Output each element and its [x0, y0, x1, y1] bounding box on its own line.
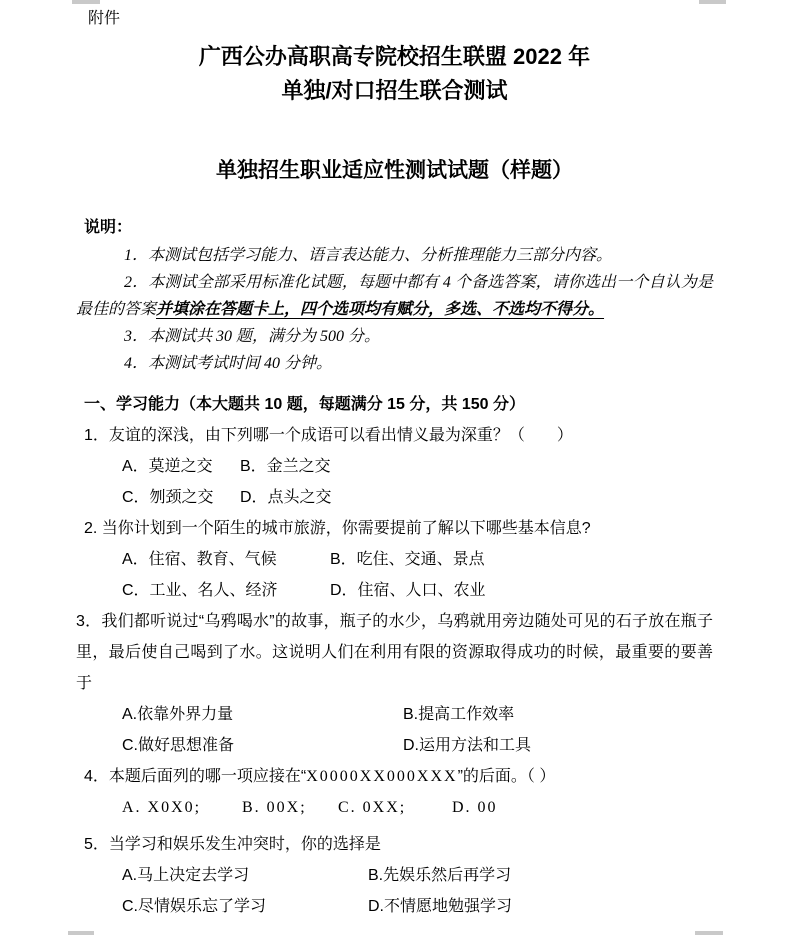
instruction-item-2: 2．本测试全部采用标准化试题，每题中都有 4 个备选答案，请你选出一个自认为是最… [76, 269, 713, 323]
title-line-2: 单独/对口招生联合测试 [76, 74, 713, 108]
document-body: 附件 广西公办高职高专院校招生联盟 2022 年 单独/对口招生联合测试 单独招… [0, 0, 791, 922]
question-3: 3．我们都听说过“乌鸦喝水”的故事，瓶子的水少，乌鸦就用旁边随处可见的石子放在瓶… [76, 606, 713, 761]
question-4-stem-suffix: ”的后面。（ ） [458, 768, 556, 785]
question-1: 1．友谊的深浅，由下列哪一个成语可以看出情义最为深重？（ ） A．莫逆之交B．金… [76, 420, 713, 513]
question-5: 5．当学习和娱乐发生冲突时，你的选择是 A.马上决定去学习B.先娱乐然后再学习 … [76, 829, 713, 922]
question-4-sequence: X0000XX000XXX [306, 768, 457, 785]
question-1-option-c: C．刎颈之交 [122, 482, 240, 513]
instruction-item-1: 1．本测试包括学习能力、语言表达能力、分析推理能力三部分内容。 [76, 242, 713, 269]
question-1-option-a: A．莫逆之交 [122, 451, 240, 482]
question-1-options-row-2: C．刎颈之交D．点头之交 [76, 482, 713, 513]
question-2-option-a: A．住宿、教育、气候 [122, 544, 330, 575]
question-4-option-c: C. 0XX; [338, 792, 452, 823]
question-5-option-a: A.马上决定去学习 [122, 860, 368, 891]
question-2-option-d: D．住宿、人口、农业 [330, 582, 486, 599]
question-2-option-c: C．工业、名人、经济 [122, 575, 330, 606]
page-edge-mark-bottom-right [695, 931, 723, 935]
question-3-option-d: D.运用方法和工具 [403, 737, 531, 754]
question-4-stem-prefix: 4．本题后面列的哪一项应接在“ [84, 768, 306, 785]
instructions-section: 说明： 1．本测试包括学习能力、语言表达能力、分析推理能力三部分内容。 2．本测… [76, 214, 713, 377]
question-5-option-b: B.先娱乐然后再学习 [368, 867, 511, 884]
question-3-option-b: B.提高工作效率 [403, 706, 514, 723]
question-4-option-a: A. X0X0; [122, 792, 242, 823]
question-5-stem: 5．当学习和娱乐发生冲突时，你的选择是 [84, 829, 713, 860]
title-line-1: 广西公办高职高专院校招生联盟 2022 年 [76, 40, 713, 74]
question-2-options-row-1: A．住宿、教育、气候B．吃住、交通、景点 [76, 544, 713, 575]
question-2-options-row-2: C．工业、名人、经济D．住宿、人口、农业 [76, 575, 713, 606]
question-3-options-row-1: A.依靠外界力量B.提高工作效率 [76, 699, 713, 730]
question-5-option-c: C.尽情娱乐忘了学习 [122, 891, 368, 922]
instruction-item-3: 3．本测试共 30 题，满分为 500 分。 [76, 323, 713, 350]
instruction-item-4: 4．本测试考试时间 40 分钟。 [76, 350, 713, 377]
section-1-learning-ability: 一、学习能力（本大题共 10 题，每题满分 15 分，共 150 分） 1．友谊… [76, 389, 713, 922]
question-4: 4．本题后面列的哪一项应接在“X0000XX000XXX”的后面。（ ） A. … [76, 761, 713, 823]
document-subtitle: 单独招生职业适应性测试试题（样题） [76, 156, 713, 186]
page-edge-mark-bottom-left [68, 931, 94, 935]
page-edge-mark-top-left [72, 0, 100, 4]
question-3-options-row-2: C.做好思想准备D.运用方法和工具 [76, 730, 713, 761]
section-1-heading: 一、学习能力（本大题共 10 题，每题满分 15 分，共 150 分） [84, 389, 713, 420]
question-2-option-b: B．吃住、交通、景点 [330, 551, 485, 568]
document-title: 广西公办高职高专院校招生联盟 2022 年 单独/对口招生联合测试 [76, 40, 713, 108]
question-3-option-a: A.依靠外界力量 [122, 699, 403, 730]
page-edge-mark-top-right [699, 0, 726, 4]
question-4-option-b: B. 00X; [242, 792, 338, 823]
question-2-stem: 2. 当你计划到一个陌生的城市旅游，你需要提前了解以下哪些基本信息? [84, 513, 713, 544]
question-4-option-d: D. 00 [452, 799, 498, 816]
instructions-heading: 说明： [84, 214, 713, 242]
question-5-options-row-2: C.尽情娱乐忘了学习D.不情愿地勉强学习 [76, 891, 713, 922]
question-3-stem: 3．我们都听说过“乌鸦喝水”的故事，瓶子的水少，乌鸦就用旁边随处可见的石子放在瓶… [76, 606, 713, 699]
question-1-options-row-1: A．莫逆之交B．金兰之交 [76, 451, 713, 482]
question-1-option-d: D．点头之交 [240, 489, 332, 506]
question-5-options-row-1: A.马上决定去学习B.先娱乐然后再学习 [76, 860, 713, 891]
question-5-option-d: D.不情愿地勉强学习 [368, 898, 512, 915]
question-1-option-b: B．金兰之交 [240, 458, 331, 475]
question-2: 2. 当你计划到一个陌生的城市旅游，你需要提前了解以下哪些基本信息? A．住宿、… [76, 513, 713, 606]
attachment-label: 附件 [88, 8, 713, 30]
question-1-stem: 1．友谊的深浅，由下列哪一个成语可以看出情义最为深重？（ ） [84, 420, 713, 451]
question-4-options-row: A. X0X0;B. 00X;C. 0XX;D. 00 [76, 792, 713, 823]
question-4-stem: 4．本题后面列的哪一项应接在“X0000XX000XXX”的后面。（ ） [84, 761, 713, 792]
document-page: 附件 广西公办高职高专院校招生联盟 2022 年 单独/对口招生联合测试 单独招… [0, 0, 791, 935]
question-3-option-c: C.做好思想准备 [122, 730, 403, 761]
instruction-item-2-bold-underline: 并填涂在答题卡上，四个选项均有赋分，多选、不选均不得分。 [156, 301, 604, 318]
